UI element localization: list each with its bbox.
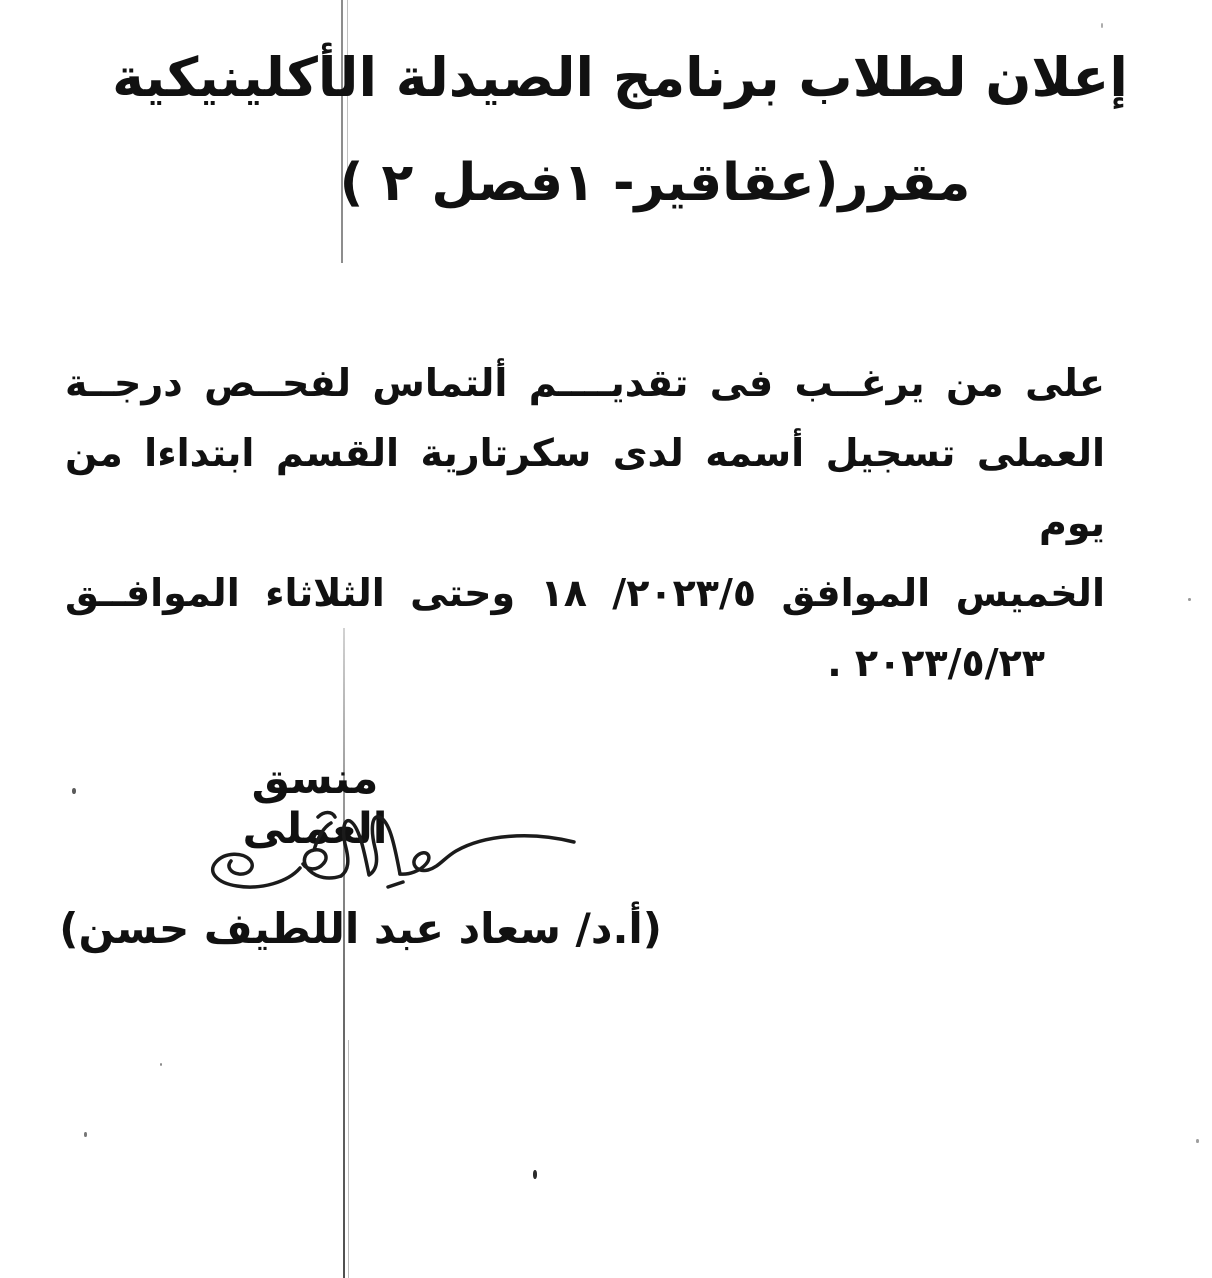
scan-speck — [72, 788, 76, 794]
signature-stroke-kasra-mark — [388, 882, 403, 887]
signature-stroke-taa — [303, 823, 341, 878]
announcement-title-line1: إعلان لطلاب برنامج الصيدلة الأكلينيكية — [50, 46, 1190, 111]
scan-fold-line-bottom-faint — [348, 1040, 349, 1278]
announcement-title-line2: مقرر(عقاقير- ١فصل ٢ ) — [90, 152, 1212, 214]
body-line-3: الخميس الموافق ⁦٢٠٢٣/٥/ ١٨⁩ وحتى الثلاثا… — [65, 558, 1105, 628]
scan-speck — [533, 1170, 537, 1179]
scan-speck — [1101, 23, 1103, 28]
body-line-1: على من يرغــب فى تقديــــم ألتماس لفحــص… — [65, 348, 1105, 418]
announcement-body: على من يرغــب فى تقديــــم ألتماس لفحــص… — [65, 348, 1105, 698]
scan-speck — [84, 1132, 87, 1137]
signature-stroke-final-loop — [213, 854, 300, 887]
signature-name: (أ.د/ سعاد عبد اللطيف حسن) — [78, 904, 662, 953]
signature-stroke-lamalef — [341, 817, 400, 876]
scan-speck — [160, 1063, 162, 1066]
signature-stroke-hamza-mark — [318, 813, 335, 818]
handwritten-signature — [138, 798, 598, 908]
scan-fold-line-top — [341, 0, 343, 263]
scan-speck — [1196, 1139, 1199, 1143]
scanned-announcement-page: { "page": { "background": "#ffffff", "in… — [0, 0, 1212, 1278]
scan-speck — [1188, 598, 1191, 601]
signature-stroke-sweep — [400, 836, 574, 874]
body-line-4: ⁦٢٠٢٣/٥/٢٣⁩ . — [65, 628, 1105, 698]
body-line-2: العملى تسجيل أسمه لدى سكرتارية القسم ابت… — [65, 418, 1105, 558]
scan-fold-line-bottom — [343, 628, 345, 1278]
